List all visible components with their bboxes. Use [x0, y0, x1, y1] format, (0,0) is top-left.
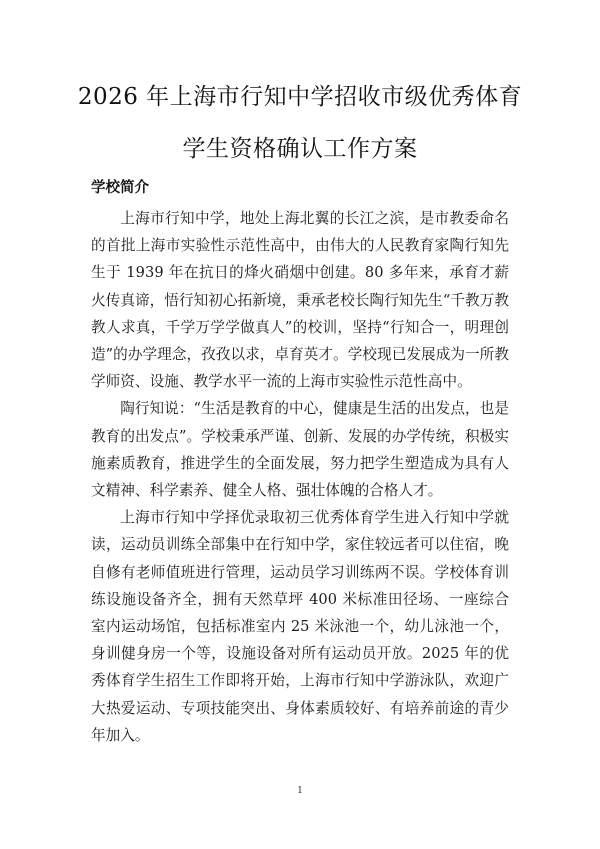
document-page: 2026 年上海市行知中学招收市级优秀体育 学生资格确认工作方案 学校简介 上海… — [0, 0, 600, 849]
paragraph-school-history: 上海市行知中学，地处上海北翼的长江之滨，是市教委命名的首批上海市实验性示范性高中… — [91, 205, 509, 395]
document-body: 上海市行知中学，地处上海北翼的长江之滨，是市教委命名的首批上海市实验性示范性高中… — [91, 205, 509, 749]
paragraph-education-philosophy: 陶行知说：“生活是教育的中心，健康是生活的出发点，也是教育的出发点”。学校秉承严… — [91, 395, 509, 504]
document-title-line-2: 学生资格确认工作方案 — [0, 134, 600, 164]
document-title-line-1: 2026 年上海市行知中学招收市级优秀体育 — [0, 82, 600, 112]
section-heading-school-intro: 学校简介 — [91, 178, 149, 198]
paragraph-sports-recruitment: 上海市行知中学择优录取初三优秀体育学生进入行知中学就读，运动员训练全部集中在行知… — [91, 504, 509, 749]
page-number: 1 — [0, 786, 600, 796]
